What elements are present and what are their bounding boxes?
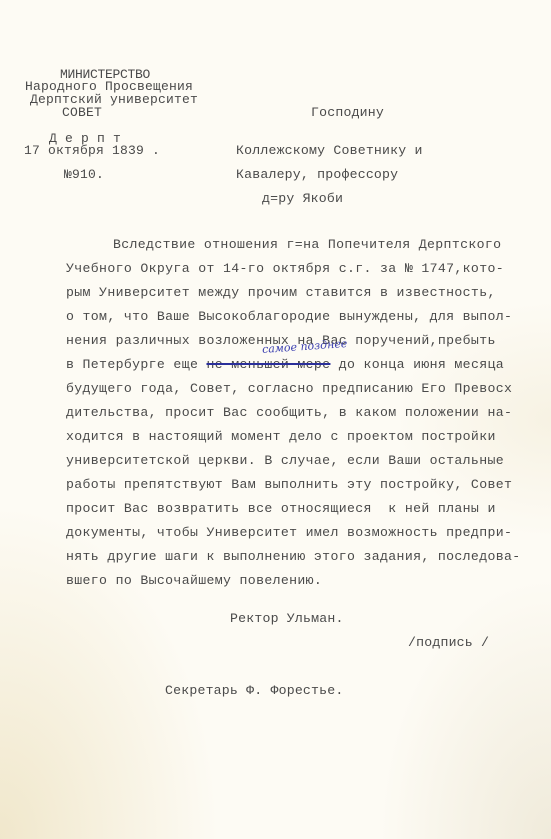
body-line-4: о том, что Ваше Высокоблагородие вынужде… bbox=[66, 310, 512, 323]
body-line-2: Учебного Округа от 14-го октября с.г. за… bbox=[66, 262, 504, 275]
struck-out-text: не меньшей мере bbox=[206, 357, 330, 372]
body-line-12: просит Вас возвратить все относящиеся к … bbox=[66, 502, 496, 515]
body-line-7: будущего года, Совет, согласно предписан… bbox=[66, 382, 512, 395]
body-line-8: дительства, просит Вас сообщить, в каком… bbox=[66, 406, 512, 419]
addressee-salutation: Господину bbox=[311, 106, 384, 119]
body-line-3: рым Университет между прочим ставится в … bbox=[66, 286, 496, 299]
document-page: МИНИСТЕРСТВО Народного Просвещения Дерпт… bbox=[0, 0, 551, 839]
body-line-13: документы, чтобы Университет имел возмож… bbox=[66, 526, 512, 539]
rector-signature: Ректор Ульман. bbox=[230, 612, 344, 625]
body-line-6: в Петербурге еще не меньшей мере до конц… bbox=[66, 358, 504, 371]
document-date: 17 октября 1839 . bbox=[24, 144, 160, 157]
body-line-1: Вследствие отношения г=на Попечителя Дер… bbox=[113, 238, 501, 251]
body-line-11: работы препятствуют Вам выполнить эту по… bbox=[66, 478, 512, 491]
council-label: СОВЕТ bbox=[62, 106, 102, 119]
document-number: №910. bbox=[64, 168, 104, 181]
addressee-name: д=ру Якоби bbox=[262, 192, 343, 205]
addressee-rank: Коллежскому Советнику и bbox=[236, 144, 423, 157]
body-line-6-prefix: в Петербурге еще bbox=[66, 357, 206, 372]
body-line-6-suffix: до конца июня месяца bbox=[339, 357, 504, 372]
body-line-10: университетской церкви. В случае, если В… bbox=[66, 454, 504, 467]
body-line-15: вшего по Высочайшему повелению. bbox=[66, 574, 322, 587]
university-name: Дерптский университет bbox=[30, 93, 198, 106]
signature-note: /подпись / bbox=[408, 636, 489, 649]
body-line-14: нять другие шаги к выполнению этого зада… bbox=[66, 550, 521, 563]
addressee-title: Кавалеру, профессору bbox=[236, 168, 398, 181]
body-line-9: ходится в настоящий момент дело с проект… bbox=[66, 430, 496, 443]
secretary-signature: Секретарь Ф. Форестье. bbox=[165, 684, 344, 697]
